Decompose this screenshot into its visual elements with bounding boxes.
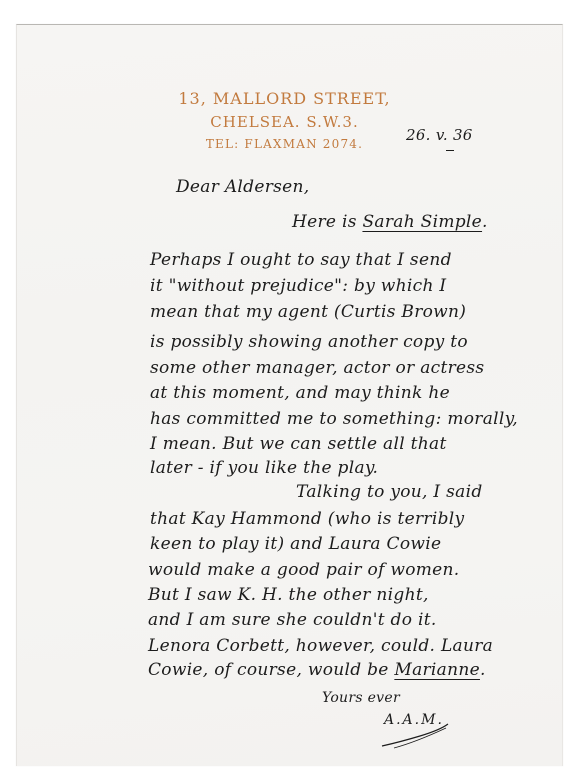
body-line-9: I mean. But we can settle all that [150,434,447,454]
body-line-7: at this moment, and may think he [150,383,450,403]
body-line-16: and I am sure she couldn't do it. [148,610,437,630]
letter-salutation: Dear Aldersen, [176,177,309,197]
body-line-5: is possibly showing another copy to [150,332,468,352]
body-line-3: it "without prejudice": by which I [150,276,446,296]
body-line-15: But I saw K. H. the other night, [148,585,429,605]
body-line-6: some other manager, actor or actress [150,358,484,378]
play-title-sarah-simple: Sarah Simple [362,212,482,232]
body-line-8: has committed me to something: morally, [150,409,518,429]
body-line-1: Here is Sarah Simple. [292,212,488,232]
body-line-10: later - if you like the play. [150,458,378,478]
body-line-punct: . [480,660,486,680]
body-line-punct: . [482,212,488,232]
body-line-18: Cowie, of course, would be Marianne. [148,660,486,680]
body-line-13: keen to play it) and Laura Cowie [150,534,441,554]
body-line-12: that Kay Hammond (who is terribly [150,509,464,529]
body-line-text: Here is [292,212,362,232]
letterhead-street: 13, MALLORD STREET, [12,89,557,108]
date-underline [446,150,454,151]
body-line-11: Talking to you, I said [296,482,483,502]
character-name-marianne: Marianne [394,660,480,680]
body-line-text: Cowie, of course, would be [148,660,394,680]
body-line-17: Lenora Corbett, however, could. Laura [148,636,493,656]
body-line-4: mean that my agent (Curtis Brown) [150,302,466,322]
letterhead-city: CHELSEA. S.W.3. [12,113,557,131]
body-line-2: Perhaps I ought to say that I send [150,250,452,270]
signature-flourish-icon [380,720,450,750]
letter-closing: Yours ever [322,690,400,706]
letterhead-telephone: TEL: FLAXMAN 2074. [12,137,557,151]
letter-date: 26. v. 36 [406,126,473,144]
body-line-14: would make a good pair of women. [148,560,460,580]
